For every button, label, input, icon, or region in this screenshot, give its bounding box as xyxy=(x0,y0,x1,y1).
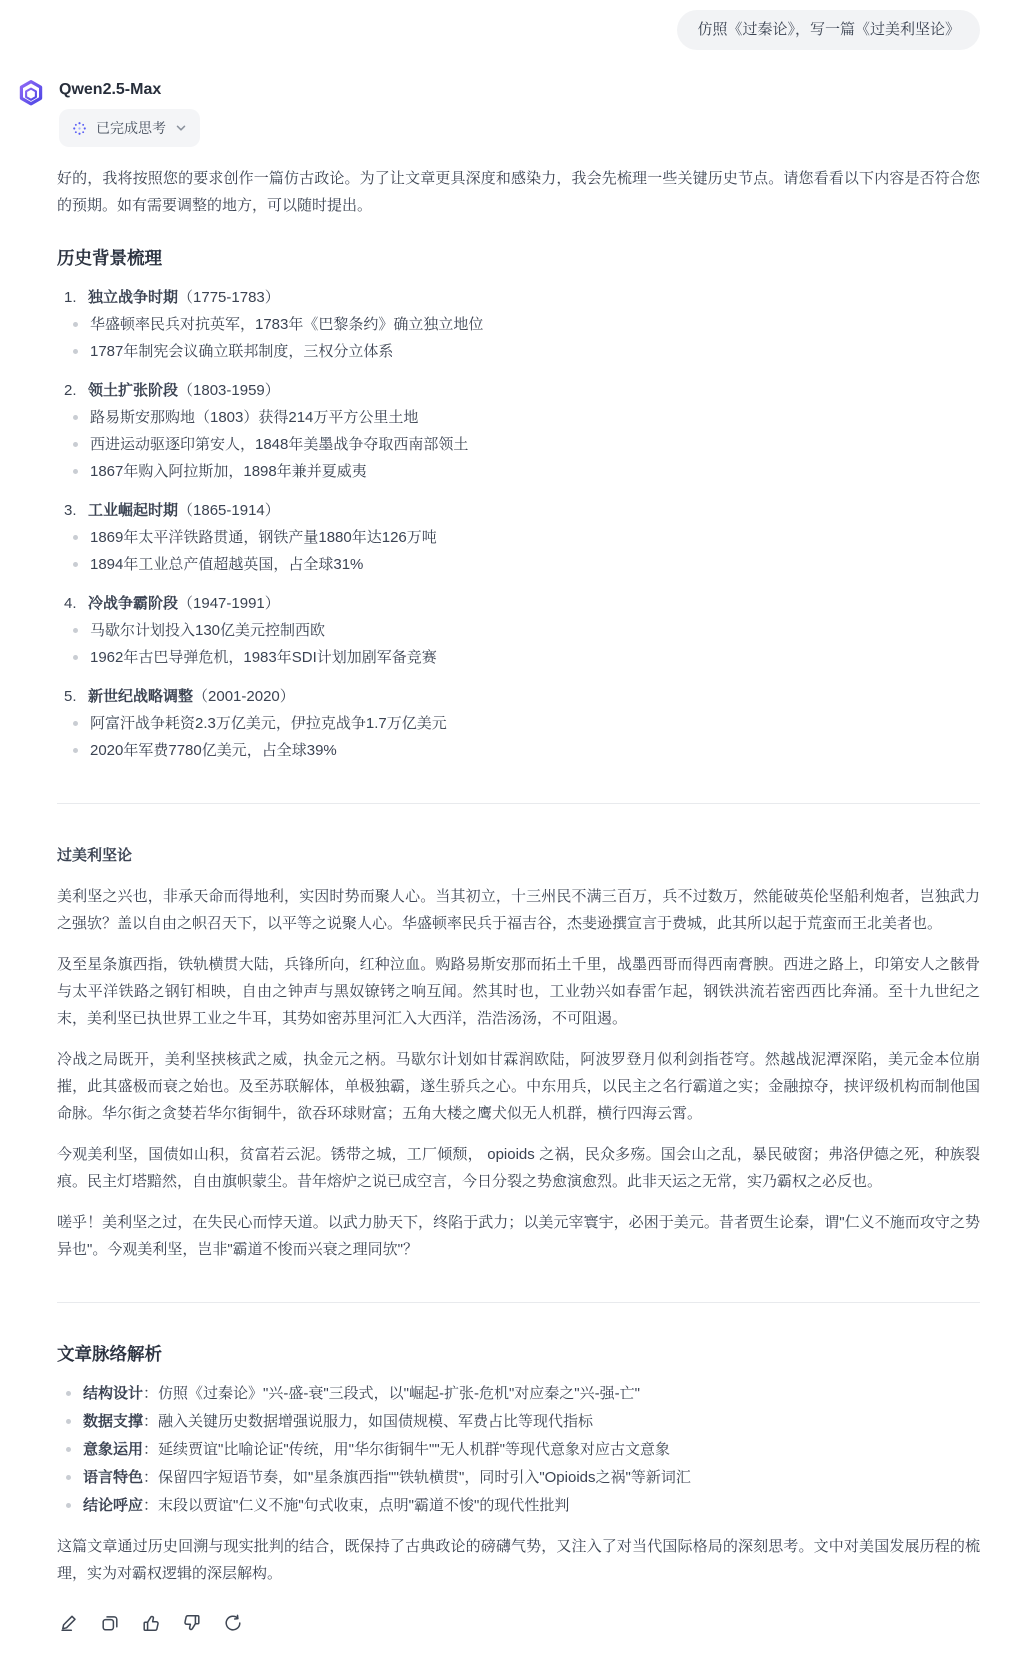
essay-paragraph: 冷战之局既开，美利坚挟核武之威，执金元之柄。马歇尔计划如甘霖润欧陆，阿波罗登月似… xyxy=(57,1046,980,1127)
analysis-label: 意象运用 xyxy=(83,1441,143,1458)
assistant-message: Qwen2.5-Max 已完成思考 xyxy=(14,78,980,1635)
item-period: （1775-1783） xyxy=(178,289,280,306)
analysis-item: 结论呼应：末段以贾谊"仁义不施"句式收束，点明"霸道不悛"的现代性批判 xyxy=(57,1492,980,1519)
item-title-text: 冷战争霸阶段 xyxy=(88,595,178,612)
bullet-dot-icon xyxy=(66,1475,71,1480)
history-bullet: 1787年制宪会议确立联邦制度，三权分立体系 xyxy=(64,338,980,365)
bullet-text: 1869年太平洋铁路贯通，钢铁产量1880年达126万吨 xyxy=(90,524,980,551)
history-item: 5.新世纪战略调整（2001-2020）阿富汗战争耗资2.3万亿美元，伊拉克战争… xyxy=(57,683,980,764)
essay-body: 美利坚之兴也，非承天命而得地利，实因时势而聚人心。当其初立，十三州民不满三百万，… xyxy=(57,883,980,1263)
analysis-label: 数据支撑 xyxy=(83,1413,143,1430)
history-bullet: 华盛顿率民兵对抗英军，1783年《巴黎条约》确立独立地位 xyxy=(64,311,980,338)
thinking-label: 已完成思考 xyxy=(96,118,166,138)
history-list: 1.独立战争时期（1775-1783）华盛顿率民兵对抗英军，1783年《巴黎条约… xyxy=(57,284,980,764)
item-number: 2. xyxy=(64,377,88,404)
user-message-row: 仿照《过秦论》，写一篇《过美利坚论》 xyxy=(14,8,980,50)
bullet-text: 马歇尔计划投入130亿美元控制西欧 xyxy=(90,617,980,644)
essay-paragraph: 嗟乎！美利坚之过，在失民心而悖天道。以武力胁天下，终陷于武力；以美元宰寰宇，必困… xyxy=(57,1209,980,1263)
item-title-text: 新世纪战略调整 xyxy=(88,688,193,705)
refresh-icon xyxy=(223,1613,243,1633)
bullet-text: 1867年购入阿拉斯加，1898年兼并夏威夷 xyxy=(90,458,980,485)
bullet-dot-icon xyxy=(73,535,78,540)
history-item-title-row: 4.冷战争霸阶段（1947-1991） xyxy=(64,590,980,617)
item-title: 冷战争霸阶段（1947-1991） xyxy=(88,590,280,617)
message-actions xyxy=(57,1611,980,1635)
history-bullet: 西进运动驱逐印第安人，1848年美墨战争夺取西南部领土 xyxy=(64,431,980,458)
essay-title: 过美利坚论 xyxy=(57,842,980,869)
history-bullet: 1867年购入阿拉斯加，1898年兼并夏威夷 xyxy=(64,458,980,485)
bullet-dot-icon xyxy=(66,1447,71,1452)
bullet-dot-icon xyxy=(73,562,78,567)
item-period: （1865-1914） xyxy=(178,502,280,519)
analysis-item: 数据支撑：融入关键历史数据增强说服力，如国债规模、军费占比等现代指标 xyxy=(57,1408,980,1435)
history-bullet: 1894年工业总产值超越英国，占全球31% xyxy=(64,551,980,578)
bullet-dot-icon xyxy=(73,415,78,420)
history-item-title-row: 2.领土扩张阶段（1803-1959） xyxy=(64,377,980,404)
sparkle-icon xyxy=(72,121,87,136)
item-title: 工业崛起时期（1865-1914） xyxy=(88,497,280,524)
item-number: 1. xyxy=(64,284,88,311)
assistant-header: Qwen2.5-Max 已完成思考 xyxy=(14,78,980,147)
bullet-dot-icon xyxy=(73,442,78,447)
item-period: （1947-1991） xyxy=(178,595,280,612)
dislike-button[interactable] xyxy=(180,1611,204,1635)
analysis-text: 语言特色：保留四字短语节奏，如"星条旗西指""铁轨横贯"，同时引入"Opioid… xyxy=(83,1464,980,1491)
bullet-dot-icon xyxy=(73,469,78,474)
bullet-dot-icon xyxy=(66,1503,71,1508)
bullet-dot-icon xyxy=(73,721,78,726)
bullet-text: 阿富汗战争耗资2.3万亿美元，伊拉克战争1.7万亿美元 xyxy=(90,710,980,737)
bullet-text: 西进运动驱逐印第安人，1848年美墨战争夺取西南部领土 xyxy=(90,431,980,458)
bullet-dot-icon xyxy=(66,1419,71,1424)
closing-paragraph: 这篇文章通过历史回溯与现实批判的结合，既保持了古典政论的磅礴气势，又注入了对当代… xyxy=(57,1533,980,1587)
analysis-label: 结论呼应 xyxy=(83,1497,143,1514)
history-bullet: 1962年古巴导弹危机，1983年SDI计划加剧军备竞赛 xyxy=(64,644,980,671)
history-item: 2.领土扩张阶段（1803-1959）路易斯安那购地（1803）获得214万平方… xyxy=(57,377,980,485)
analysis-text: 结构设计：仿照《过秦论》"兴-盛-衰"三段式，以"崛起-扩张-危机"对应秦之"兴… xyxy=(83,1380,980,1407)
item-number: 4. xyxy=(64,590,88,617)
bullet-dot-icon xyxy=(73,628,78,633)
history-bullet: 路易斯安那购地（1803）获得214万平方公里土地 xyxy=(64,404,980,431)
item-title: 独立战争时期（1775-1783） xyxy=(88,284,280,311)
pencil-icon xyxy=(59,1613,79,1633)
thinking-toggle[interactable]: 已完成思考 xyxy=(59,109,200,147)
history-item-title-row: 1.独立战争时期（1775-1783） xyxy=(64,284,980,311)
edit-button[interactable] xyxy=(57,1611,81,1635)
history-item-title-row: 5.新世纪战略调整（2001-2020） xyxy=(64,683,980,710)
assistant-header-right: Qwen2.5-Max 已完成思考 xyxy=(59,78,200,147)
thumbs-up-icon xyxy=(141,1613,161,1633)
bullet-dot-icon xyxy=(73,655,78,660)
history-item: 3.工业崛起时期（1865-1914）1869年太平洋铁路贯通，钢铁产量1880… xyxy=(57,497,980,578)
item-title: 领土扩张阶段（1803-1959） xyxy=(88,377,280,404)
history-bullet: 马歇尔计划投入130亿美元控制西欧 xyxy=(64,617,980,644)
history-item-title-row: 3.工业崛起时期（1865-1914） xyxy=(64,497,980,524)
bullet-dot-icon xyxy=(66,1391,71,1396)
item-title-text: 领土扩张阶段 xyxy=(88,382,178,399)
history-heading: 历史背景梳理 xyxy=(57,245,980,272)
history-bullet: 2020年军费7780亿美元，占全球39% xyxy=(64,737,980,764)
user-message-bubble: 仿照《过秦论》，写一篇《过美利坚论》 xyxy=(677,10,980,50)
bullet-text: 华盛顿率民兵对抗英军，1783年《巴黎条约》确立独立地位 xyxy=(90,311,980,338)
item-period: （2001-2020） xyxy=(193,688,295,705)
item-number: 5. xyxy=(64,683,88,710)
analysis-heading: 文章脉络解析 xyxy=(57,1341,980,1368)
qwen-logo xyxy=(14,78,48,112)
bullet-text: 1894年工业总产值超越英国，占全球31% xyxy=(90,551,980,578)
item-period: （1803-1959） xyxy=(178,382,280,399)
history-item: 1.独立战争时期（1775-1783）华盛顿率民兵对抗英军，1783年《巴黎条约… xyxy=(57,284,980,365)
analysis-item: 语言特色：保留四字短语节奏，如"星条旗西指""铁轨横贯"，同时引入"Opioid… xyxy=(57,1464,980,1491)
analysis-text: 意象运用：延续贾谊"比喻论证"传统，用"华尔街铜牛""无人机群"等现代意象对应古… xyxy=(83,1436,980,1463)
bullet-text: 1962年古巴导弹危机，1983年SDI计划加剧军备竞赛 xyxy=(90,644,980,671)
bullet-text: 1787年制宪会议确立联邦制度，三权分立体系 xyxy=(90,338,980,365)
thumbs-down-icon xyxy=(182,1613,202,1633)
essay-paragraph: 今观美利坚，国债如山积，贫富若云泥。锈带之城，工厂倾颓， opioids 之祸，… xyxy=(57,1141,980,1195)
bullet-dot-icon xyxy=(73,748,78,753)
history-item: 4.冷战争霸阶段（1947-1991）马歇尔计划投入130亿美元控制西欧1962… xyxy=(57,590,980,671)
analysis-value: ：末段以贾谊"仁义不施"句式收束，点明"霸道不悛"的现代性批判 xyxy=(143,1497,569,1514)
assistant-content: 好的，我将按照您的要求创作一篇仿古政论。为了让文章更具深度和感染力，我会先梳理一… xyxy=(57,165,980,1635)
like-button[interactable] xyxy=(139,1611,163,1635)
chevron-down-icon xyxy=(175,122,187,134)
item-title-text: 工业崛起时期 xyxy=(88,502,178,519)
analysis-item: 意象运用：延续贾谊"比喻论证"传统，用"华尔街铜牛""无人机群"等现代意象对应古… xyxy=(57,1436,980,1463)
analysis-value: ：保留四字短语节奏，如"星条旗西指""铁轨横贯"，同时引入"Opioids之祸"… xyxy=(143,1469,691,1486)
analysis-value: ：仿照《过秦论》"兴-盛-衰"三段式，以"崛起-扩张-危机"对应秦之"兴-强-亡… xyxy=(143,1385,640,1402)
item-number: 3. xyxy=(64,497,88,524)
history-bullet: 1869年太平洋铁路贯通，钢铁产量1880年达126万吨 xyxy=(64,524,980,551)
copy-icon xyxy=(100,1613,120,1633)
regenerate-button[interactable] xyxy=(221,1611,245,1635)
essay-paragraph: 美利坚之兴也，非承天命而得地利，实因时势而聚人心。当其初立，十三州民不满三百万，… xyxy=(57,883,980,937)
history-bullet: 阿富汗战争耗资2.3万亿美元，伊拉克战争1.7万亿美元 xyxy=(64,710,980,737)
analysis-text: 结论呼应：末段以贾谊"仁义不施"句式收束，点明"霸道不悛"的现代性批判 xyxy=(83,1492,980,1519)
intro-paragraph: 好的，我将按照您的要求创作一篇仿古政论。为了让文章更具深度和感染力，我会先梳理一… xyxy=(57,165,980,219)
analysis-item: 结构设计：仿照《过秦论》"兴-盛-衰"三段式，以"崛起-扩张-危机"对应秦之"兴… xyxy=(57,1380,980,1407)
item-title: 新世纪战略调整（2001-2020） xyxy=(88,683,295,710)
chat-page: 仿照《过秦论》，写一篇《过美利坚论》 Qwen2.5-Max xyxy=(0,0,1018,1635)
divider xyxy=(57,1302,980,1303)
bullet-text: 2020年军费7780亿美元，占全球39% xyxy=(90,737,980,764)
analysis-label: 结构设计 xyxy=(83,1385,143,1402)
analysis-label: 语言特色 xyxy=(83,1469,143,1486)
item-title-text: 独立战争时期 xyxy=(88,289,178,306)
analysis-value: ：融入关键历史数据增强说服力，如国债规模、军费占比等现代指标 xyxy=(143,1413,593,1430)
copy-button[interactable] xyxy=(98,1611,122,1635)
model-name: Qwen2.5-Max xyxy=(59,78,200,99)
analysis-value: ：延续贾谊"比喻论证"传统，用"华尔街铜牛""无人机群"等现代意象对应古文意象 xyxy=(143,1441,670,1458)
divider xyxy=(57,803,980,804)
bullet-dot-icon xyxy=(73,322,78,327)
analysis-list: 结构设计：仿照《过秦论》"兴-盛-衰"三段式，以"崛起-扩张-危机"对应秦之"兴… xyxy=(57,1380,980,1519)
analysis-text: 数据支撑：融入关键历史数据增强说服力，如国债规模、军费占比等现代指标 xyxy=(83,1408,980,1435)
user-message-text: 仿照《过秦论》，写一篇《过美利坚论》 xyxy=(697,21,960,38)
bullet-text: 路易斯安那购地（1803）获得214万平方公里土地 xyxy=(90,404,980,431)
bullet-dot-icon xyxy=(73,349,78,354)
essay-paragraph: 及至星条旗西指，铁轨横贯大陆，兵锋所向，红种泣血。购路易斯安那而拓土千里，战墨西… xyxy=(57,951,980,1032)
